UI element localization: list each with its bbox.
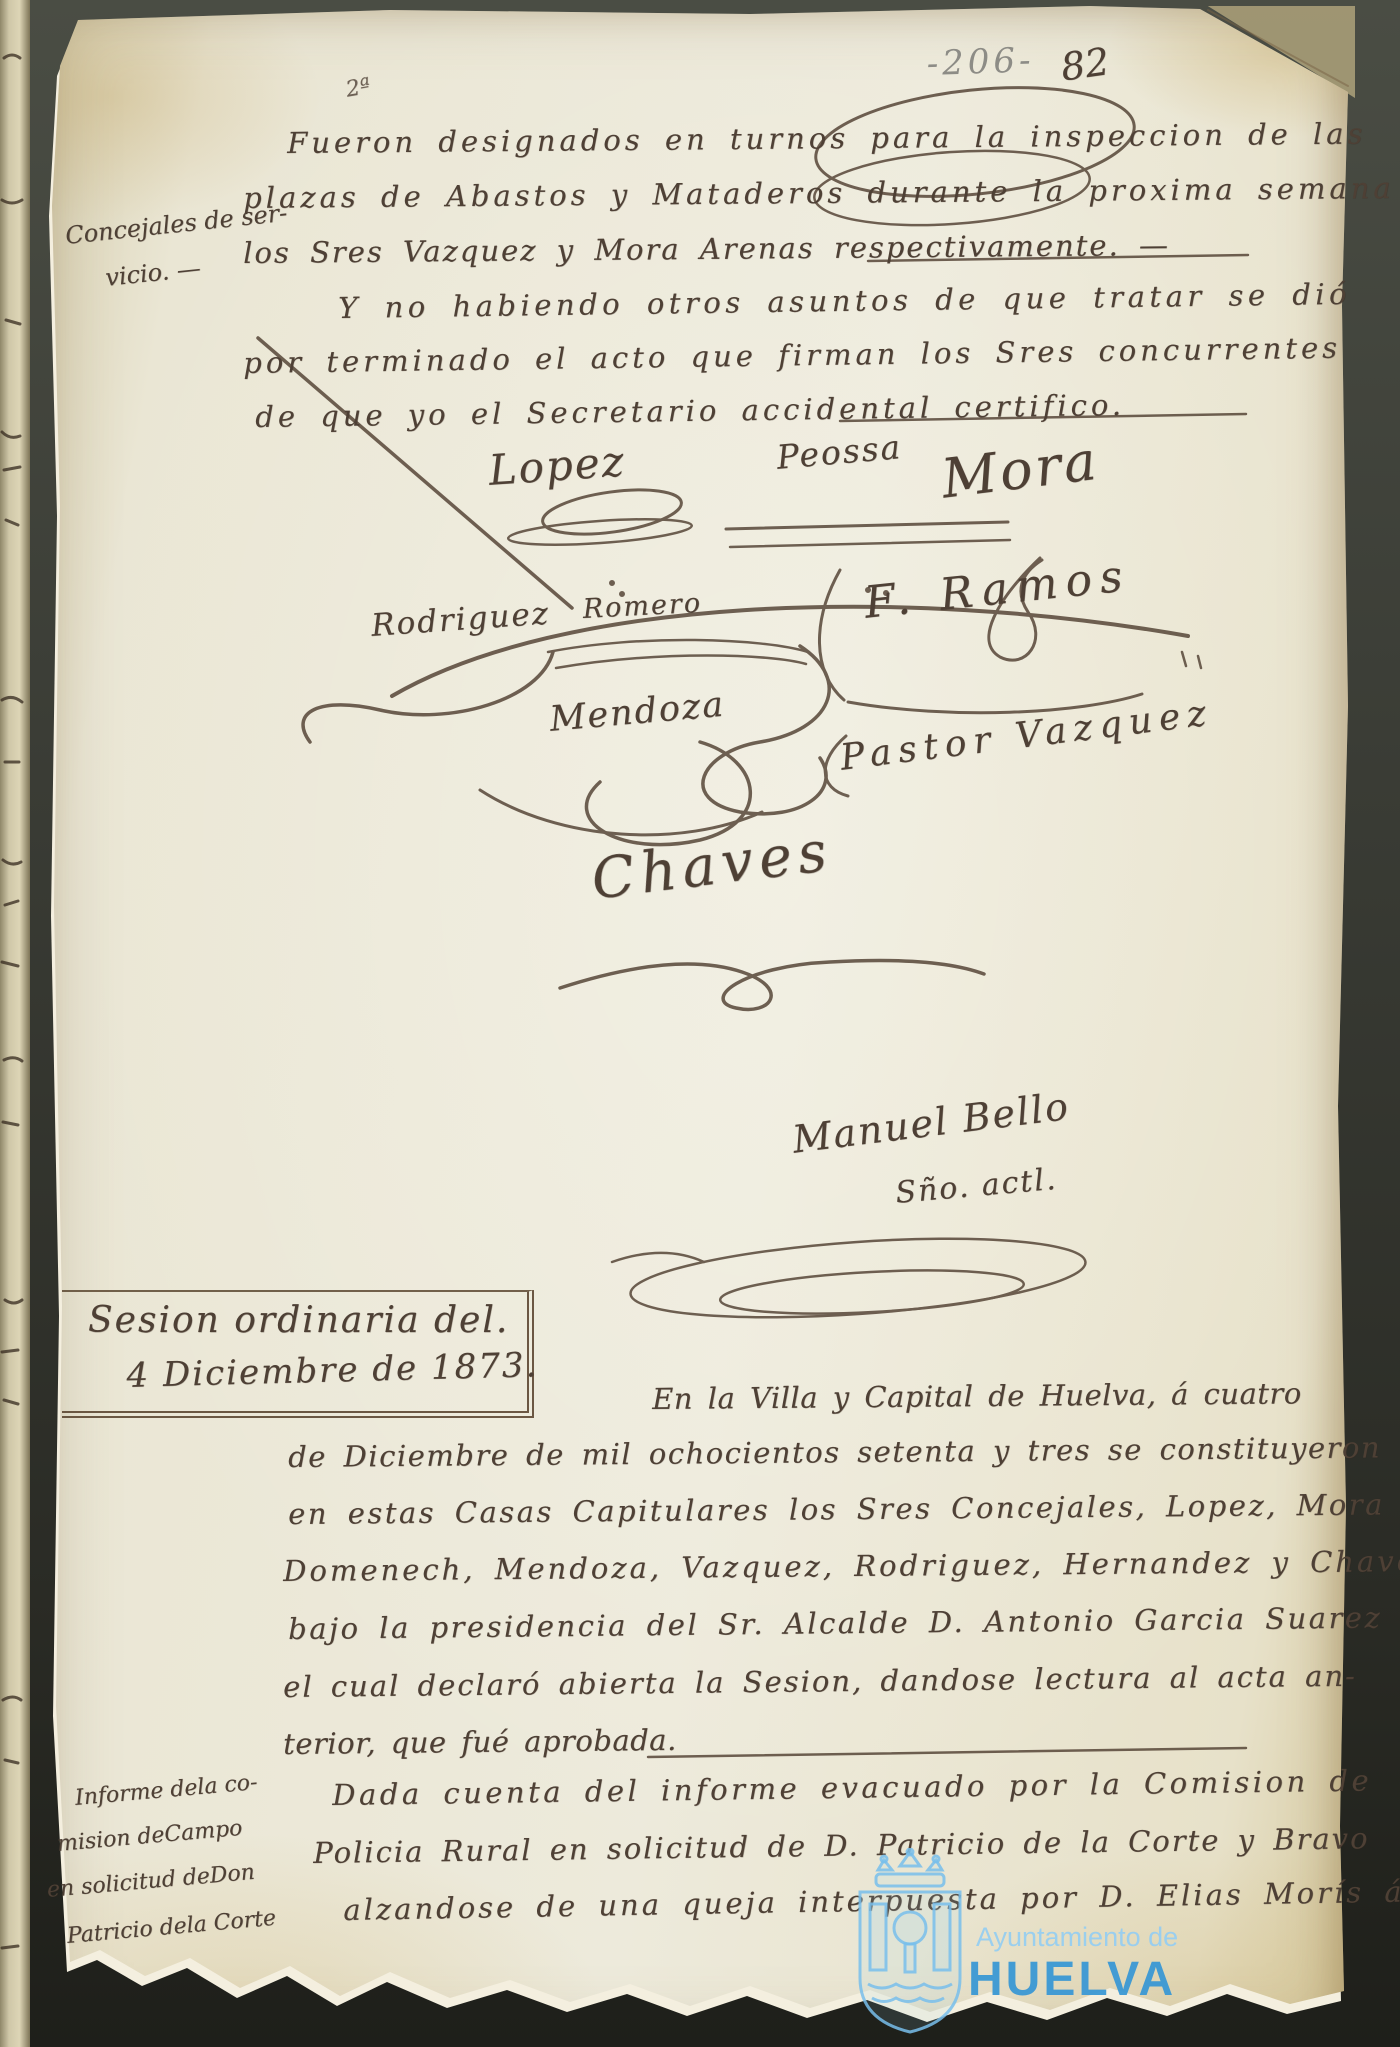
session-line-7: terior, que fué aprobada.	[283, 1723, 677, 1761]
signature-romero: Romero	[582, 588, 703, 625]
corner-mark: 2ª	[344, 74, 372, 103]
previous-page-ink-fragments	[0, 0, 30, 2047]
watermark-institution: Ayuntamiento de	[976, 1922, 1178, 1953]
folio-number-ink: 82	[1058, 39, 1112, 89]
session-line-1: En la Villa y Capital de Huelva, á cuatr…	[652, 1376, 1302, 1416]
scanned-manuscript-page: -206- 82 2ª Fueron designados en turnos …	[0, 0, 1400, 2047]
archive-page-number-pencil: -206-	[926, 40, 1035, 84]
huelva-coat-of-arms-icon	[840, 1848, 980, 2043]
previous-page-edge	[0, 0, 30, 2047]
watermark-city: HUELVA	[968, 1952, 1176, 2007]
signature-lopez: Lopez	[487, 436, 627, 494]
session-heading-line-1: Sesion ordinaria del.	[88, 1300, 509, 1341]
